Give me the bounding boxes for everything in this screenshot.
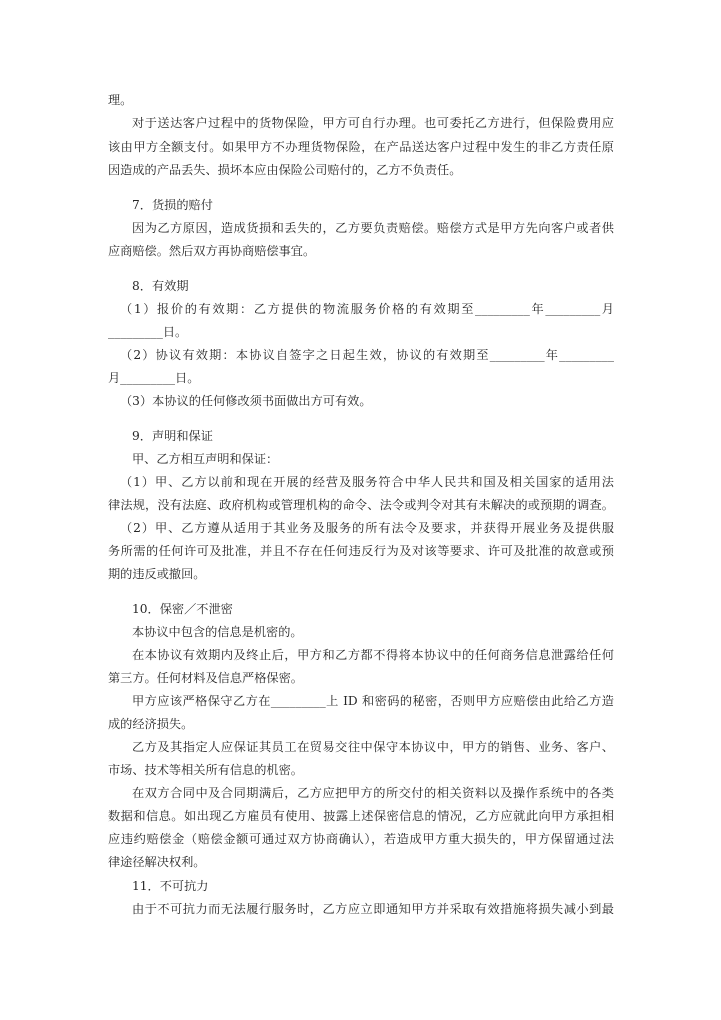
document-line: 第三方。任何材料及信息严格保密。 <box>108 668 614 688</box>
document-line: 10．保密／不泄密 <box>132 599 614 619</box>
document-line: 11．不可抗力 <box>132 876 614 896</box>
document-line: （2）协议有效期：本协议自签字之日起生效，协议的有效期至_________年__… <box>120 345 614 365</box>
document-line: 数据和信息。如出现乙方雇员有使用、披露上述保密信息的情况，乙方应就此向甲方承担相 <box>108 806 614 826</box>
document-line: （1）甲、乙方以前和现在开展的经营及服务符合中华人民共和国及相关国家的适用法 <box>120 472 614 492</box>
document-line: （3）本协议的任何修改须书面做出方可有效。 <box>120 391 614 411</box>
document-line: 期的违反或撤回。 <box>108 564 614 584</box>
document-line: 甲方应该严格保守乙方在_________上 ID 和密码的秘密，否则甲方应赔偿由… <box>132 691 614 711</box>
document-line: 在双方合同中及合同期满后，乙方应把甲方的所交付的相关资料以及操作系统中的各类 <box>132 783 614 803</box>
document-line: 因造成的产品丢失、损坏本应由保险公司赔付的，乙方不负责任。 <box>108 160 614 180</box>
document-line: 在本协议有效期内及终止后，甲方和乙方都不得将本协议中的任何商务信息泄露给任何 <box>132 645 614 665</box>
document-line: 因为乙方原因，造成货损和丢失的，乙方要负责赔偿。赔偿方式是甲方先向客户或者供 <box>132 218 614 238</box>
document-line: 月_________日。 <box>108 368 614 388</box>
document-line: 7．货损的赔付 <box>132 195 614 215</box>
document-line: _________日。 <box>108 322 614 342</box>
document-page: 理。对于送达客户过程中的货物保险，甲方可自行办理。也可委托乙方进行，但保险费用应… <box>0 0 721 1020</box>
document-line: 务所需的任何许可及批准，并且不存在任何违反行为及对该等要求、许可及批准的故意或预 <box>108 541 614 561</box>
document-line: 本协议中包含的信息是机密的。 <box>132 622 614 642</box>
document-line: 8．有效期 <box>132 276 614 296</box>
document-line: 律途径解决权利。 <box>108 852 614 872</box>
document-line: 律法规，没有法庭、政府机构或管理机构的命令、法令或判令对其有未解决的或预期的调查… <box>108 495 614 515</box>
document-line: 9．声明和保证 <box>132 426 614 446</box>
document-line: （2）甲、乙方遵从适用于其业务及服务的所有法令及要求，并获得开展业务及提供服 <box>120 518 614 538</box>
document-line: （1）报价的有效期：乙方提供的物流服务价格的有效期至_________年____… <box>120 299 614 319</box>
document-line: 应商赔偿。然后双方再协商赔偿事宜。 <box>108 241 614 261</box>
document-line: 该由甲方全额支付。如果甲方不办理货物保险，在产品送达客户过程中发生的非乙方责任原 <box>108 137 614 157</box>
document-line: 乙方及其指定人应保证其员工在贸易交往中保守本协议中，甲方的销售、业务、客户、 <box>132 737 614 757</box>
document-line: 市场、技术等相关所有信息的机密。 <box>108 760 614 780</box>
document-line: 应违约赔偿金（赔偿金额可通过双方协商确认），若造成甲方重大损失的，甲方保留通过法 <box>108 829 614 849</box>
document-line: 理。 <box>108 90 614 110</box>
document-line: 甲、乙方相互声明和保证： <box>132 449 614 469</box>
document-line: 成的经济损失。 <box>108 714 614 734</box>
document-line: 对于送达客户过程中的货物保险，甲方可自行办理。也可委托乙方进行，但保险费用应 <box>132 113 614 133</box>
document-line: 由于不可抗力而无法履行服务时，乙方应立即通知甲方并采取有效措施将损失减小到最 <box>132 899 614 919</box>
